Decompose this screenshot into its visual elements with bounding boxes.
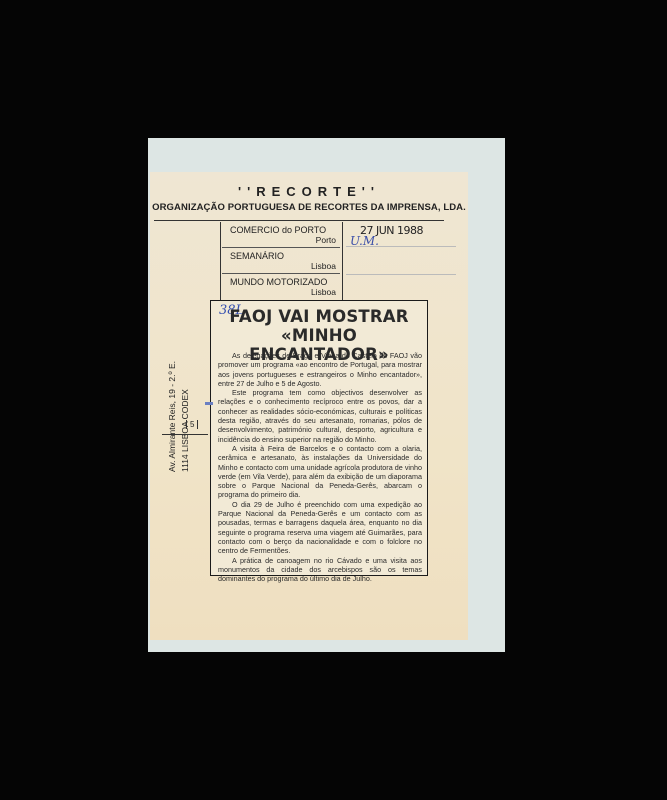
article-clipping: 38L FAOJ VAI MOSTRAR «MINHO ENCANTADOR» …	[210, 300, 428, 576]
header-title: ''RECORTE''	[150, 184, 468, 199]
article-paragraph: O dia 29 de Julho é preenchido com uma e…	[218, 500, 422, 556]
divider	[346, 274, 456, 275]
publication-city: Porto	[316, 235, 336, 245]
address-line: 1114 LISBOA CODEX	[179, 361, 192, 472]
publication-name: MUNDO MOTORIZADO	[230, 277, 327, 287]
publication-name: SEMANÁRIO	[230, 251, 284, 261]
table-divider	[220, 222, 221, 300]
page-number: 5	[186, 420, 198, 429]
publication-row: COMERCIO do PORTO Porto	[222, 222, 340, 248]
header-rule	[154, 220, 444, 221]
pen-mark	[205, 402, 213, 405]
article-body: As delegações de Braga e Viana do Castel…	[218, 351, 422, 583]
publication-city: Lisboa	[311, 287, 336, 297]
article-paragraph: A prática de canoagem no rio Cávado e um…	[218, 556, 422, 584]
publication-row: MUNDO MOTORIZADO Lisboa	[222, 274, 340, 300]
publication-city: Lisboa	[311, 261, 336, 271]
table-divider	[342, 222, 343, 300]
publication-name: COMERCIO do PORTO	[230, 225, 326, 235]
address: Av. Almirante Reis, 19 - 2.º E. 1114 LIS…	[166, 361, 192, 472]
publication-row: SEMANÁRIO Lisboa	[222, 248, 340, 274]
header-organization: ORGANIZAÇÃO PORTUGUESA DE RECORTES DA IM…	[150, 202, 468, 213]
divider	[162, 434, 208, 435]
headline-line: FAOJ VAI MOSTRAR	[211, 307, 427, 326]
article-paragraph: A visita à Feira de Barcelos e o contact…	[218, 444, 422, 500]
divider	[346, 246, 456, 247]
address-line: Av. Almirante Reis, 19 - 2.º E.	[166, 361, 179, 472]
article-paragraph: As delegações de Braga e Viana do Castel…	[218, 351, 422, 388]
article-paragraph: Este programa tem como objectivos desenv…	[218, 388, 422, 444]
